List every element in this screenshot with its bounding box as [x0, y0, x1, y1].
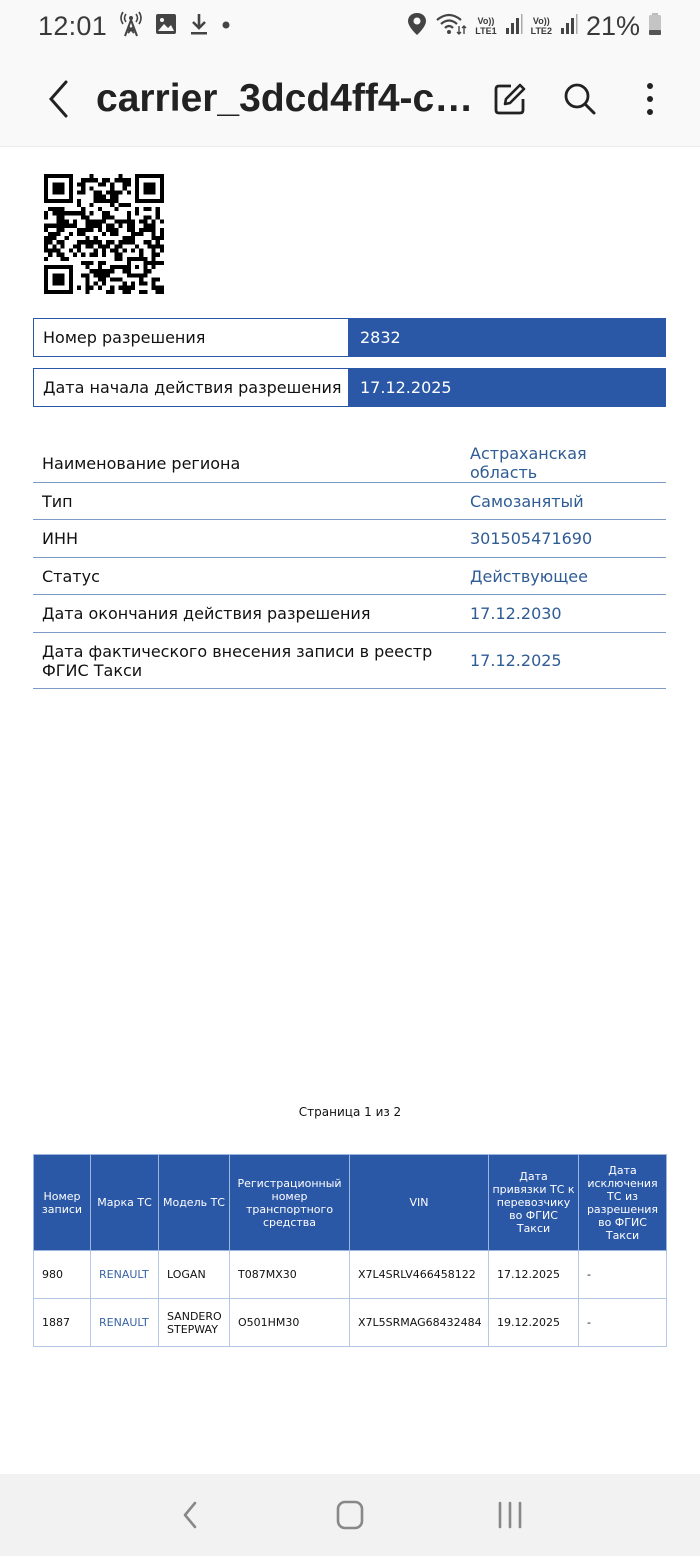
document-page[interactable]: Номер разрешения 2832 Дата начала действ…: [0, 148, 700, 1474]
document-title: carrier_3dcd4ff4-c3...: [96, 77, 476, 121]
edit-button[interactable]: [482, 71, 538, 127]
header-link-date: Дата привязки ТС к перевозчику во ФГИС Т…: [489, 1155, 579, 1251]
cell-model: SANDERO STEPWAY: [159, 1299, 230, 1347]
detail-value: 17.12.2030: [461, 595, 666, 633]
detail-label: Статус: [33, 558, 461, 595]
volte-lte1-icon: Vo)) LTE1: [475, 16, 496, 36]
detail-value: 17.12.2025: [461, 633, 666, 689]
more-vertical-icon: [645, 82, 655, 116]
detail-label: Наименование региона: [33, 444, 461, 483]
cell-record-number: 980: [34, 1251, 91, 1299]
vehicle-row: 1887 RENAULT SANDERO STEPWAY О501НМ30 X7…: [34, 1299, 667, 1347]
detail-row: ИНН 301505471690: [33, 520, 666, 558]
antenna-icon: [119, 11, 143, 42]
status-time: 12:01: [38, 11, 107, 42]
system-nav-bar: [0, 1474, 700, 1556]
battery-icon: [648, 12, 662, 41]
detail-row: Статус Действующее: [33, 558, 666, 595]
back-button[interactable]: [28, 69, 88, 129]
detail-value: Самозанятый: [461, 483, 666, 520]
permit-start-row: Дата начала действия разрешения 17.12.20…: [33, 368, 666, 407]
search-icon: [563, 82, 597, 116]
cell-make: RENAULT: [91, 1251, 159, 1299]
qr-code: [44, 174, 164, 294]
detail-row: Наименование региона Астраханская област…: [33, 444, 666, 483]
cell-exclusion-date: -: [579, 1251, 667, 1299]
detail-value: 301505471690: [461, 520, 666, 558]
permit-start-value: 17.12.2025: [349, 369, 665, 406]
vehicle-row: 980 RENAULT LOGAN Т087МХ30 X7L4SRLV46645…: [34, 1251, 667, 1299]
page-indicator: Страница 1 из 2: [0, 1105, 700, 1119]
cell-link-date: 17.12.2025: [489, 1251, 579, 1299]
cell-record-number: 1887: [34, 1299, 91, 1347]
cell-model: LOGAN: [159, 1251, 230, 1299]
header-record-number: Номер записи: [34, 1155, 91, 1251]
location-icon: [407, 12, 427, 41]
permit-start-label: Дата начала действия разрешения: [34, 369, 349, 406]
header-reg-number: Регистрационный номер транспортного сред…: [230, 1155, 350, 1251]
header-vin: VIN: [350, 1155, 489, 1251]
cell-vin: X7L4SRLV466458122: [350, 1251, 489, 1299]
permit-number-label: Номер разрешения: [34, 319, 349, 356]
wifi-icon: [435, 12, 467, 41]
dot-icon: [221, 17, 231, 35]
home-icon: [335, 1500, 365, 1530]
chevron-left-icon: [46, 79, 70, 119]
header-exclusion-date: Дата исключения ТС из разрешения во ФГИС…: [579, 1155, 667, 1251]
recents-icon: [496, 1500, 524, 1530]
nav-back-button[interactable]: [150, 1485, 230, 1545]
status-bar: 12:01 Vo)) LTE1 Vo)) LTE2: [0, 0, 700, 52]
volte-lte2-icon: Vo)) LTE2: [531, 16, 552, 36]
cell-link-date: 19.12.2025: [489, 1299, 579, 1347]
vehicles-table: Номер записи Марка ТС Модель ТС Регистра…: [33, 1154, 667, 1347]
detail-row: Дата окончания действия разрешения 17.12…: [33, 595, 666, 633]
detail-row: Дата фактического внесения записи в реес…: [33, 633, 666, 689]
permit-number-row: Номер разрешения 2832: [33, 318, 666, 357]
signal-2-icon: [560, 13, 578, 40]
detail-label: Дата фактического внесения записи в реес…: [33, 633, 461, 689]
nav-home-button[interactable]: [310, 1485, 390, 1545]
app-bar: carrier_3dcd4ff4-c3...: [0, 52, 700, 147]
vehicles-header-row: Номер записи Марка ТС Модель ТС Регистра…: [34, 1155, 667, 1251]
image-icon: [155, 13, 177, 40]
nav-recents-button[interactable]: [470, 1485, 550, 1545]
header-model: Модель ТС: [159, 1155, 230, 1251]
detail-label: ИНН: [33, 520, 461, 558]
detail-label: Дата окончания действия разрешения: [33, 595, 461, 633]
download-icon: [189, 12, 209, 41]
more-options-button[interactable]: [622, 71, 678, 127]
signal-1-icon: [505, 13, 523, 40]
cell-exclusion-date: -: [579, 1299, 667, 1347]
cell-make: RENAULT: [91, 1299, 159, 1347]
detail-value: Действующее: [461, 558, 666, 595]
detail-label: Тип: [33, 483, 461, 520]
detail-value: Астраханская область: [461, 444, 666, 483]
cell-reg-number: Т087МХ30: [230, 1251, 350, 1299]
edit-icon: [493, 82, 527, 116]
battery-percent: 21%: [586, 11, 640, 42]
header-make: Марка ТС: [91, 1155, 159, 1251]
search-button[interactable]: [552, 71, 608, 127]
cell-reg-number: О501НМ30: [230, 1299, 350, 1347]
permit-details-table: Наименование региона Астраханская област…: [33, 444, 666, 689]
detail-row: Тип Самозанятый: [33, 483, 666, 520]
cell-vin: X7L5SRMAG68432484: [350, 1299, 489, 1347]
permit-number-value: 2832: [349, 319, 665, 356]
back-icon: [181, 1500, 199, 1530]
